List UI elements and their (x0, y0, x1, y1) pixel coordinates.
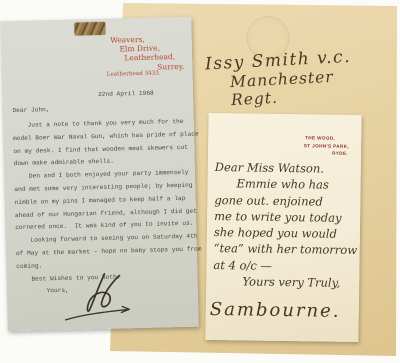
typed-letterhead: Weavers,Elm Drive,Leatherhead,Surrey. (110, 34, 184, 73)
text-line: ST JOHN'S PARK, (304, 142, 349, 150)
text-line: gone out. enjoined (214, 192, 358, 210)
typed-letter: Weavers,Elm Drive,Leatherhead,Surrey. Le… (0, 17, 199, 332)
text-line: at 4 o/c — (213, 257, 357, 275)
text-line: Yours very Truly, (213, 273, 357, 291)
text-line: THE WOOD, (304, 134, 335, 142)
typed-letter-date: 22nd April 1968 (98, 90, 154, 98)
photo-of-letters: Issy Smith v.c. Manchester Regt. Weavers… (0, 0, 400, 363)
signature-scrawl (58, 270, 143, 324)
text-line: me to write you today (214, 208, 358, 226)
letterhead-stamp-icon (74, 22, 105, 36)
handwritten-letter-body: Dear Miss Watson. Emmie who hasgone out.… (213, 159, 359, 291)
text-line: Emmie who has (214, 175, 358, 193)
handwritten-letter: THE WOOD,ST JOHN'S PARK,RYDE. Dear Miss … (205, 113, 361, 342)
text-line: “tea” with her tomorrow (214, 241, 358, 259)
inscription-regiment: Manchester Regt. (230, 66, 378, 110)
text-line: RYDE. (304, 149, 348, 157)
mount-inscription: Issy Smith v.c. Manchester Regt. (205, 46, 378, 111)
handwritten-signature: Sambourne. (210, 299, 341, 322)
typed-letterhead-phone: Leatherhead 3433. (107, 70, 161, 77)
text-line: Dear Miss Watson. (215, 159, 359, 177)
typed-letter-salutation: Dear John, (12, 106, 49, 114)
text-line: she hoped you would (214, 224, 358, 242)
handwritten-letterhead: THE WOOD,ST JOHN'S PARK,RYDE. (304, 134, 350, 157)
